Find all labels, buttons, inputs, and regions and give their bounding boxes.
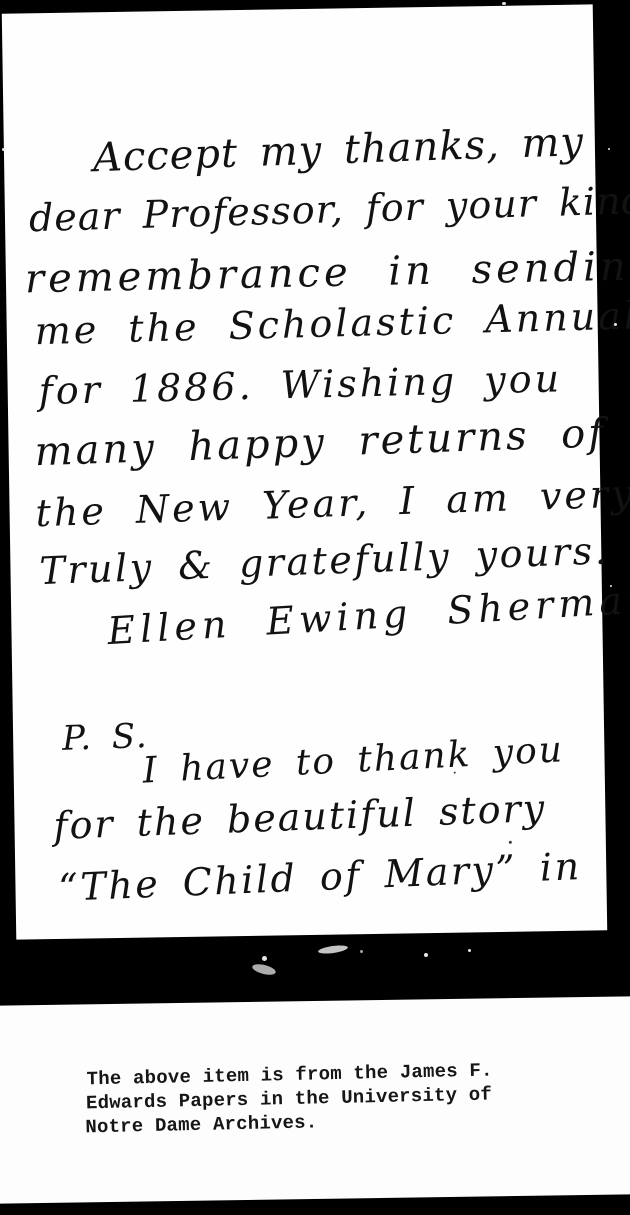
ink-speck [454, 772, 456, 774]
dust-speck [424, 953, 428, 957]
letter-line: for 1886. Wishing you [38, 356, 562, 413]
letter-postscript-label: P. S. [61, 716, 149, 759]
letter-line: many happy returns of [34, 410, 607, 475]
caption-strip: The above item is from the James F. Edwa… [0, 996, 630, 1204]
letter-signature: Ellen Ewing Sherman [106, 577, 630, 654]
dust-speck [360, 950, 363, 953]
dust-speck [251, 962, 276, 977]
dust-speck [608, 148, 610, 150]
letter-line: I have to thank you [142, 729, 565, 791]
dust-speck [468, 949, 471, 952]
scanned-document: Accept my thanks, my dear Professor, for… [0, 0, 630, 1215]
letter-line: dear Professor, for your kind [28, 178, 630, 240]
letter-line: Accept my thanks, my [92, 119, 584, 181]
letter-line: remembrance in sending [24, 243, 630, 302]
letter-line: for the beautiful story [53, 786, 547, 848]
dust-speck [502, 2, 506, 5]
letter-page: Accept my thanks, my dear Professor, for… [2, 4, 607, 939]
dust-speck [610, 585, 612, 587]
ink-speck [509, 841, 512, 844]
letter-line: “The Child of Mary” in [58, 844, 583, 910]
dust-speck [614, 323, 617, 326]
dust-speck [318, 944, 349, 955]
letter-line: me the Scholastic Annual [34, 293, 630, 353]
caption-line: Notre Dame Archives. [85, 1111, 317, 1138]
dust-speck [2, 148, 5, 151]
dust-speck [262, 956, 267, 961]
letter-line: the New Year, I am very [35, 471, 630, 535]
